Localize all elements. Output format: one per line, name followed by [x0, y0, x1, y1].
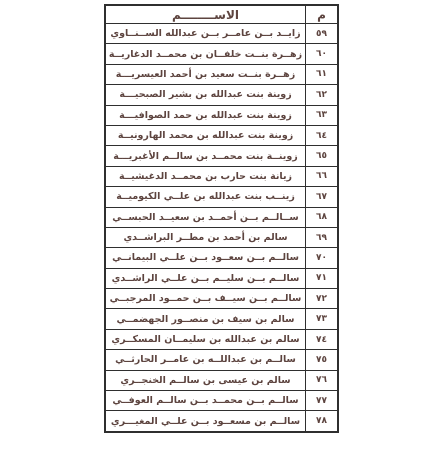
- names-table-container: م الاســــــــم ٥٩زايــد بــن عامــر بــ…: [104, 4, 330, 433]
- table-row: ٧٢سالــم بــن سيــف بــن حمــود المرجبــ…: [105, 289, 338, 309]
- row-number-cell: ٦٧: [306, 187, 339, 207]
- names-table: م الاســــــــم ٥٩زايــد بــن عامــر بــ…: [104, 4, 339, 433]
- table-row: ٧٥سالــم بن عبداللــه بن عامــر الحارثــ…: [105, 350, 338, 370]
- table-row: ٦٤زوينة بنت عبدالله بن محمد الهارونيــة: [105, 125, 338, 145]
- row-number-cell: ٦١: [306, 64, 339, 84]
- table-row: ٦٥زوينــة بنت محمــد بن سالــم الأغبريــ…: [105, 146, 338, 166]
- row-number-cell: ٧٨: [306, 411, 339, 432]
- row-name-cell: سالــم بن عبداللــه بن عامــر الحارثــي: [105, 350, 306, 370]
- table-body: ٥٩زايــد بــن عامــر بــن عبدالله الســن…: [105, 24, 338, 432]
- table-row: ٦٩سالم بن أحمد بن مطــر البراشــدي: [105, 227, 338, 247]
- row-name-cell: زيانة بنت حارب بن محمــد الدغيشيــة: [105, 166, 306, 186]
- row-number-cell: ٦٨: [306, 207, 339, 227]
- table-row: ٦١زهــرة بنــت سعيد بن أحمد العيسريـــة: [105, 64, 338, 84]
- row-number-cell: ٧٧: [306, 391, 339, 411]
- table-row: ٧١سالــم بــن سليــم بــن علــي الراشــد…: [105, 268, 338, 288]
- row-name-cell: سالم بن عبدالله بن سليمــان المسكــري: [105, 329, 306, 349]
- row-number-cell: ٧١: [306, 268, 339, 288]
- row-name-cell: ســالــم بــن أحمــد بن سعيــد الحبســي: [105, 207, 306, 227]
- row-name-cell: زوينة بنت عبدالله بن حمد الصوافيـــة: [105, 105, 306, 125]
- table-row: ٧٣سالم بن سيف بن منصــور الجهضمــي: [105, 309, 338, 329]
- row-number-cell: ٦٩: [306, 227, 339, 247]
- row-name-cell: زهــرة بنــت خلفــان بن محمــد الدغاريــ…: [105, 44, 306, 64]
- row-name-cell: سالم بن سيف بن منصــور الجهضمــي: [105, 309, 306, 329]
- row-name-cell: زوينة بنت عبدالله بن محمد الهارونيــة: [105, 125, 306, 145]
- row-name-cell: سالم بن أحمد بن مطــر البراشــدي: [105, 227, 306, 247]
- table-row: ٧٧سالــم بــن محمــد بــن سالــم العوفــ…: [105, 391, 338, 411]
- row-number-cell: ٦٦: [306, 166, 339, 186]
- row-name-cell: زوينة بنت عبدالله بن بشير الصبحيـــة: [105, 85, 306, 105]
- table-row: ٦٣زوينة بنت عبدالله بن حمد الصوافيـــة: [105, 105, 338, 125]
- row-name-cell: زوينــة بنت محمــد بن سالــم الأغبريـــة: [105, 146, 306, 166]
- row-number-cell: ٦٢: [306, 85, 339, 105]
- row-name-cell: زايــد بــن عامــر بــن عبدالله الســنــ…: [105, 24, 306, 44]
- row-number-cell: ٥٩: [306, 24, 339, 44]
- row-name-cell: سالــم بن مسعــود بــن علــي المغيـــري: [105, 411, 306, 432]
- row-number-cell: ٧٦: [306, 370, 339, 390]
- column-header-name: الاســــــــم: [105, 5, 306, 24]
- row-name-cell: زهــرة بنــت سعيد بن أحمد العيسريـــة: [105, 64, 306, 84]
- table-row: ٧٨سالــم بن مسعــود بــن علــي المغيـــر…: [105, 411, 338, 432]
- table-row: ٧٦سالم بن عيسى بن سالــم الخنجــري: [105, 370, 338, 390]
- row-number-cell: ٧٥: [306, 350, 339, 370]
- table-row: ٥٩زايــد بــن عامــر بــن عبدالله الســن…: [105, 24, 338, 44]
- row-number-cell: ٧٣: [306, 309, 339, 329]
- row-name-cell: سالــم بــن سيــف بــن حمــود المرجبــي: [105, 289, 306, 309]
- row-name-cell: سالــم بــن محمــد بــن سالــم العوفــي: [105, 391, 306, 411]
- table-row: ٧٠سالــم بــن سعــود بــن علــي البيمانـ…: [105, 248, 338, 268]
- row-name-cell: سالــم بــن سعــود بــن علــي البيمانــي: [105, 248, 306, 268]
- page: { "colors": { "text": "#5d443f", "border…: [0, 0, 434, 450]
- column-header-number: م: [306, 5, 339, 24]
- table-row: ٦٧زينــب بنت عبدالله بن علــي الكيوميــة: [105, 187, 338, 207]
- table-row: ٦٢زوينة بنت عبدالله بن بشير الصبحيـــة: [105, 85, 338, 105]
- row-number-cell: ٦٤: [306, 125, 339, 145]
- table-row: ٦٨ســالــم بــن أحمــد بن سعيــد الحبســ…: [105, 207, 338, 227]
- row-name-cell: سالم بن عيسى بن سالــم الخنجــري: [105, 370, 306, 390]
- table-row: ٦٦زيانة بنت حارب بن محمــد الدغيشيــة: [105, 166, 338, 186]
- row-number-cell: ٧٤: [306, 329, 339, 349]
- row-number-cell: ٦٥: [306, 146, 339, 166]
- row-name-cell: سالــم بــن سليــم بــن علــي الراشــدي: [105, 268, 306, 288]
- row-number-cell: ٧٢: [306, 289, 339, 309]
- row-number-cell: ٧٠: [306, 248, 339, 268]
- row-number-cell: ٦٠: [306, 44, 339, 64]
- header-row: م الاســــــــم: [105, 5, 338, 24]
- table-row: ٦٠زهــرة بنــت خلفــان بن محمــد الدغاري…: [105, 44, 338, 64]
- table-row: ٧٤سالم بن عبدالله بن سليمــان المسكــري: [105, 329, 338, 349]
- row-name-cell: زينــب بنت عبدالله بن علــي الكيوميــة: [105, 187, 306, 207]
- row-number-cell: ٦٣: [306, 105, 339, 125]
